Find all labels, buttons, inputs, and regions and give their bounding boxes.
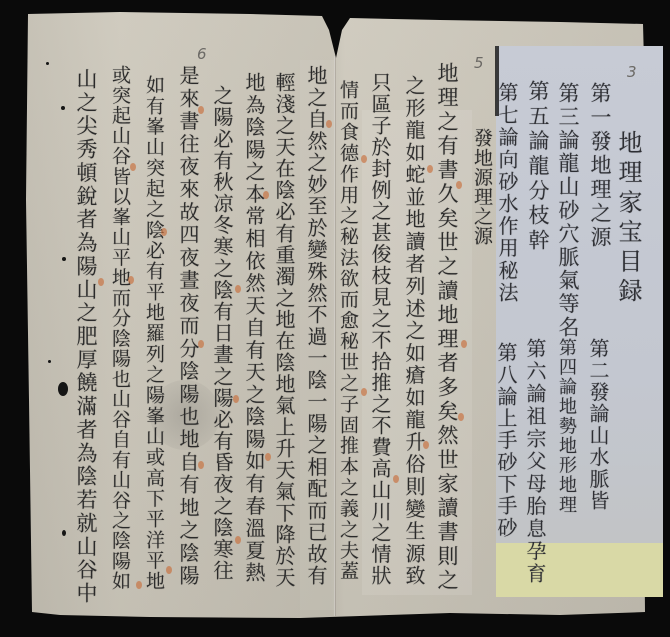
body-text-column: 情而食德作用之秘法欲而愈秘世之子固推本之義之夫蓋 [334,80,362,580]
body-text-column: 地之自然之妙至於變殊然不過一陰一陽之相配而已故有 [302,65,330,585]
red-mark [461,340,467,348]
contents-item: 第七論向砂水作用秘法 [493,82,521,302]
body-text-column: 之陽必有秋凉冬寒之陰有日晝之陽必有昏夜之陰寒往 [208,85,236,580]
red-mark [361,155,367,163]
red-mark [198,461,204,469]
red-mark [98,278,104,286]
contents-item: 第八論上手砂下手砂 [492,342,520,537]
contents-item: 第三論龍山砂穴脈氣等名 [554,82,582,337]
ink-speck [62,530,66,536]
red-mark [458,413,464,421]
ink-speck [62,257,66,261]
red-mark [393,475,399,483]
red-mark [235,285,241,293]
red-mark [130,163,136,171]
contents-item: 第一發地理之源 [586,82,614,247]
body-text-column: 輕淺之天在陰必有重濁之地在陰地氣上升天氣下降於天 [270,72,298,587]
body-text-column: 只區子於封例之甚俊枝見之不拾推之不費高山川之情狀 [366,72,394,585]
red-mark [198,340,204,348]
contents-item: 第四論地勢地形地理 [552,338,580,513]
red-mark [128,276,134,284]
red-mark [161,228,167,236]
body-text-column: 地理之有書久矣世之讀地理者多矣然世家讀書則之 [433,62,461,590]
page-number-left: 6 [197,45,207,63]
body-text-column: 如有峯山突起之陰必有平地羅列之陽峯山或高下平洋平地 [140,75,168,590]
body-text-column: 之形龍如蛇並地讀者列述之如瘡如龍升俗則變生源致 [400,75,428,585]
red-mark [265,453,271,461]
page-number-right: 5 [474,54,484,72]
ink-speck [61,106,65,110]
contents-title: 地理家宝目録 [614,130,642,302]
ink-speck [46,62,49,65]
body-text-column: 或突起山谷皆以峯山平地而分陰陽也山谷自有山谷之陰陽如 [106,65,134,590]
red-mark [166,566,172,574]
red-mark [456,181,462,189]
ink-speck [48,360,51,363]
red-mark [198,106,204,114]
ink-blob [58,382,68,396]
red-mark [263,191,269,199]
page-number-slip: 3 [627,63,637,81]
red-mark [233,395,239,403]
red-mark [427,165,433,173]
body-text-column: 是來書往夜來故四夜晝夜而分陰陽也地自有地之陰陽 [174,65,202,585]
red-mark [235,536,241,544]
red-mark [423,441,429,449]
subheading-column: 發地源理之源 [468,128,496,245]
contents-item: 第五論龍分枝幹 [524,80,552,250]
contents-item: 第六論祖宗父母胎息孕育 [521,338,549,583]
contents-item: 第二發論山水脈皆 [584,338,612,510]
body-text-column: 山之尖秀頓銳者為陽山之肥厚饒滿者為陰若就山谷中 [72,68,100,603]
red-mark [136,581,142,589]
red-mark [326,120,332,128]
red-mark [361,388,367,396]
body-text-column: 地為陰陽之本常相依然天自有天之陰陽如有春溫夏熱 [240,72,268,582]
